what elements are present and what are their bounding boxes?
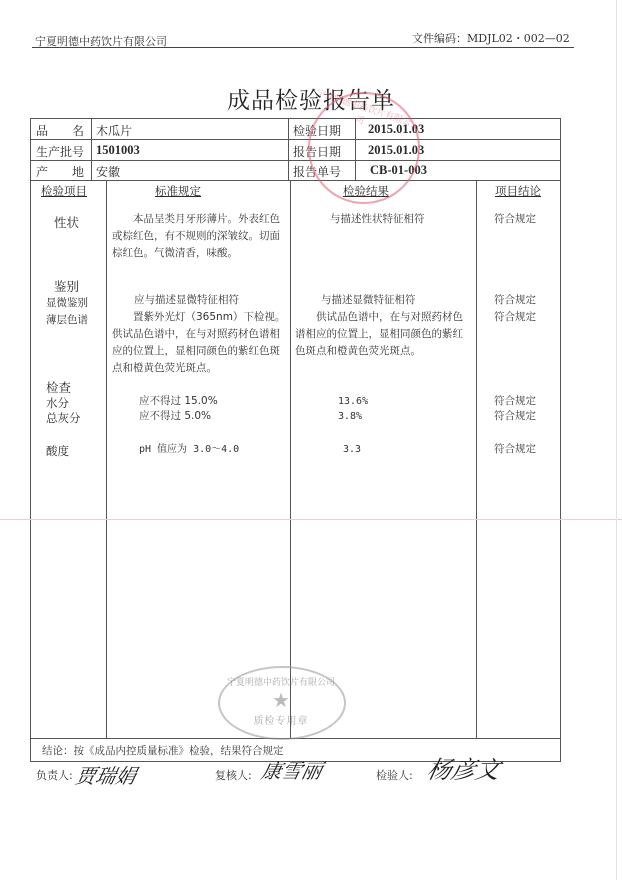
result-line: 供试品色谱中，在与对照药材色 — [295, 309, 463, 326]
standard-line: 供试品色谱中，在与对照药材色谱相 — [112, 326, 285, 343]
standard-line: 棕红色。气微清香，味酸。 — [112, 245, 280, 262]
result-line: 谱相应的位置上，显相同颜色的紫红 — [295, 326, 463, 343]
reviewer-signature: 康雪丽 — [259, 755, 325, 784]
standard-line: 本品呈类月牙形薄片。外表红色 — [112, 211, 280, 228]
batch-label: 生产批号 — [36, 143, 84, 160]
standard-line: 点和橙黄色荧光斑点。 — [112, 360, 285, 377]
seal-company-text: 宁夏明德中药饮片有限公司 — [222, 675, 340, 688]
seal-purpose-text: 质检专用章 — [222, 712, 340, 727]
result-microscopic: 与描述显微特征相符 — [321, 292, 416, 309]
table-row-divider — [30, 160, 561, 161]
origin-value: 安徽 — [96, 163, 120, 180]
header-rule — [32, 47, 574, 48]
item-appearance: 性状 — [54, 213, 79, 231]
scan-edge — [616, 0, 617, 880]
batch-value: 1501003 — [96, 143, 140, 158]
standard-line: 或棕红色，有不规则的深皱纹。切面 — [112, 228, 280, 245]
scan-artifact-line — [0, 519, 622, 520]
conclusion-tlc: 符合规定 — [494, 309, 536, 326]
result-ash: 3.8% — [338, 408, 362, 425]
item-tlc: 薄层色谱 — [46, 312, 88, 327]
item-ash: 总灰分 — [46, 410, 81, 426]
responsible-label: 负责人: — [36, 767, 73, 783]
standard-ash: 应不得过 5.0% — [139, 408, 211, 425]
table-col-divider — [288, 118, 289, 180]
product-name-label: 品 名 — [36, 122, 84, 139]
item-acidity: 酸度 — [46, 443, 69, 459]
table-row-divider — [30, 139, 561, 140]
result-appearance: 与描述性状特征相符 — [330, 211, 425, 228]
table-border-right — [560, 118, 561, 761]
table-col-divider — [290, 180, 291, 738]
inspector-label: 检验人: — [376, 767, 413, 783]
result-tlc: 供试品色谱中，在与对照药材色 谱相应的位置上，显相同颜色的紫红 色斑点和橙黄色荧… — [295, 309, 463, 360]
overall-conclusion: 结论：按《成品内控质量标准》检验，结果符合规定 — [42, 743, 284, 758]
standard-tlc: 置紫外光灯（365nm）下检视。 供试品色谱中，在与对照药材色谱相 应的位置上，… — [112, 309, 285, 377]
standard-line: 置紫外光灯（365nm）下检视。 — [112, 309, 285, 326]
result-acidity: 3.3 — [343, 441, 361, 458]
table-col-divider — [476, 180, 477, 738]
section-check: 检查 — [46, 378, 71, 396]
conclusion-appearance: 符合规定 — [494, 211, 536, 228]
table-col-divider — [106, 180, 107, 738]
column-header-standard: 标准规定 — [155, 183, 201, 199]
document-code: 文件编码：MDJL02・002—02 — [412, 30, 570, 46]
result-line: 色斑点和橙黄色荧光斑点。 — [295, 343, 463, 360]
table-row-divider — [30, 180, 561, 181]
star-icon: ★ — [266, 688, 296, 712]
column-header-conclusion: 项目结论 — [495, 183, 541, 199]
standard-appearance: 本品呈类月牙形薄片。外表红色 或棕红色，有不规则的深皱纹。切面 棕红色。气微清香… — [112, 211, 280, 262]
table-border-top — [30, 118, 561, 119]
responsible-signature: 贾瑞娟 — [73, 760, 139, 789]
conclusion-acidity: 符合规定 — [494, 441, 536, 458]
conclusion-microscopic: 符合规定 — [494, 292, 536, 309]
reviewer-label: 复核人: — [215, 767, 252, 783]
column-header-item: 检验项目 — [41, 183, 87, 199]
conclusion-ash: 符合规定 — [494, 408, 536, 425]
origin-label: 产 地 — [36, 163, 84, 180]
table-col-divider — [91, 118, 92, 180]
standard-line: 应的位置上，显相同颜色的紫红色斑 — [112, 343, 285, 360]
section-identification: 鉴别 — [54, 277, 79, 295]
inspector-signature: 杨彦文 — [424, 750, 503, 785]
standard-microscopic: 应与描述显微特征相符 — [134, 292, 239, 309]
product-name-value: 木瓜片 — [96, 122, 132, 139]
item-microscopic: 显微鉴别 — [46, 295, 88, 310]
standard-acidity: pH 值应为 3.0～4.0 — [139, 441, 239, 458]
item-moisture: 水分 — [46, 395, 69, 411]
table-border-left — [30, 118, 31, 761]
